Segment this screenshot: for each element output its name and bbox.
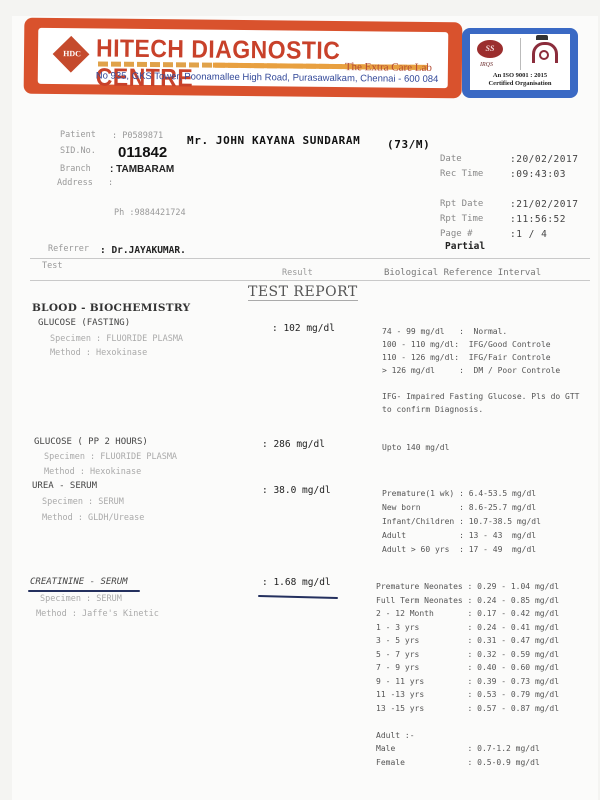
- test-reference: Upto 140 mg/dl: [382, 441, 449, 454]
- crown-icon: [536, 35, 548, 40]
- header-rule-top: [30, 258, 590, 259]
- branch-label: Branch: [60, 164, 91, 174]
- test-name: GLUCOSE ( PP 2 HOURS): [34, 437, 148, 447]
- rpt-time-value: :11:56:52: [510, 214, 566, 225]
- iso-line: An ISO 9001 : 2015: [470, 72, 570, 80]
- test-reference: Premature(1 wk) : 6.4-53.5 mg/dl New bor…: [382, 487, 541, 557]
- date-label: Date: [440, 154, 462, 164]
- test-result: : 38.0 mg/dl: [262, 485, 331, 496]
- test-reference: Premature Neonates : 0.29 - 1.04 mg/dl F…: [376, 580, 559, 769]
- test-result: : 286 mg/dl: [262, 439, 325, 450]
- test-specimen: Specimen : FLUORIDE PLASMA: [50, 334, 183, 344]
- phone-number: Ph :9884421724: [114, 208, 186, 218]
- sid-number: 011842: [118, 144, 167, 161]
- test-method: Method : Hexokinase: [44, 467, 141, 477]
- test-name: UREA - SERUM: [32, 481, 97, 491]
- test-name: GLUCOSE (FASTING): [38, 318, 130, 328]
- lab-header-banner: HDC HITECH DIAGNOSTIC CENTRE The Extra C…: [24, 18, 463, 99]
- iso-cert-text: An ISO 9001 : 2015 Certified Organisatio…: [470, 72, 570, 88]
- rec-time-label: Rec Time: [440, 169, 483, 179]
- patient-id: : P0589871: [112, 131, 163, 141]
- lab-logo-mark: HDC: [60, 49, 84, 67]
- header-rule-bottom: [30, 280, 590, 281]
- column-reference: Biological Reference Interval: [384, 268, 541, 278]
- section-heading: BLOOD - BIOCHEMISTRY: [32, 302, 190, 314]
- patient-name: Mr. JOHN KAYANA SUNDARAM: [187, 134, 360, 147]
- column-test: Test: [42, 261, 62, 271]
- certification-inner: SS IRQS An ISO 9001 : 2015 Certified Org…: [470, 34, 570, 90]
- lab-tagline: The Extra Care Lab: [345, 61, 432, 74]
- test-name: CREATININE - SERUM: [30, 577, 128, 587]
- accreditation-a-icon: [539, 50, 549, 60]
- test-specimen: Specimen : SERUM: [40, 594, 122, 604]
- certified-line: Certified Organisation: [470, 80, 570, 88]
- report-title: TEST REPORT: [248, 284, 358, 301]
- test-method: Method : GLDH/Urease: [42, 513, 144, 523]
- sid-label: SID.No.: [60, 146, 96, 156]
- referrer-label: Referrer: [48, 244, 89, 254]
- rec-time-value: :09:43:03: [510, 169, 566, 180]
- report-status: Partial: [445, 241, 485, 252]
- address-label: Address: [57, 178, 93, 188]
- date-value: :20/02/2017: [510, 154, 578, 165]
- branch-value: : TAMBARAM: [110, 164, 174, 175]
- cert-divider: [520, 38, 521, 70]
- rpt-date-value: :21/02/2017: [510, 199, 578, 210]
- referrer-value: : Dr.JAYAKUMAR.: [100, 245, 186, 256]
- patient-label: Patient: [60, 130, 96, 140]
- test-reference: 74 - 99 mg/dl : Normal. 100 - 110 mg/dl:…: [382, 325, 579, 416]
- page-label: Page #: [440, 229, 473, 239]
- address-value: :: [108, 178, 113, 188]
- column-result: Result: [282, 268, 313, 278]
- certification-box: SS IRQS An ISO 9001 : 2015 Certified Org…: [462, 28, 578, 98]
- test-specimen: Specimen : FLUORIDE PLASMA: [44, 452, 177, 462]
- pen-underline-test: [28, 590, 140, 592]
- test-method: Method : Jaffe's Kinetic: [36, 609, 159, 619]
- patient-age-sex: (73/M): [387, 138, 430, 151]
- test-method: Method : Hexokinase: [50, 348, 147, 358]
- test-result: : 102 mg/dl: [272, 323, 335, 334]
- irqs-badge-icon: SS: [477, 40, 503, 58]
- test-result: : 1.68 mg/dl: [262, 577, 331, 588]
- rpt-time-label: Rpt Time: [440, 214, 483, 224]
- rpt-date-label: Rpt Date: [440, 199, 483, 209]
- irqs-label: IRQS: [480, 62, 493, 68]
- test-specimen: Specimen : SERUM: [42, 497, 124, 507]
- page-value: :1 / 4: [510, 229, 547, 240]
- lab-header-inner: HDC HITECH DIAGNOSTIC CENTRE The Extra C…: [38, 28, 449, 88]
